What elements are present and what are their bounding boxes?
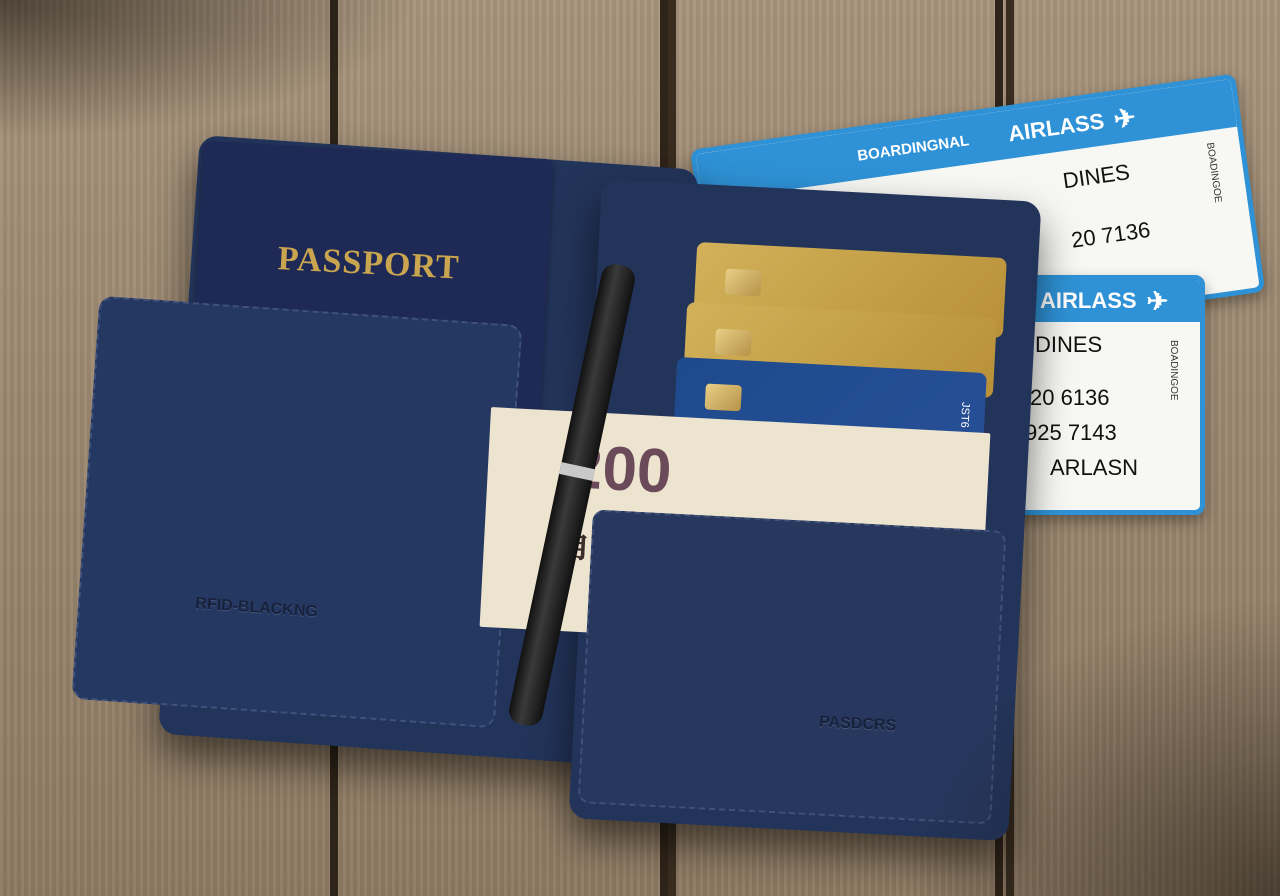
- line-3: ARLASN: [1050, 455, 1138, 481]
- card-text: JST6: [958, 402, 971, 428]
- shadow: [0, 0, 420, 140]
- chip-icon: [705, 383, 742, 411]
- airline-name: AIRLASS: [1040, 288, 1137, 314]
- chip-icon: [725, 268, 762, 296]
- flight-number: 20 7136: [1070, 217, 1152, 254]
- line-1: 20 6136: [1030, 385, 1110, 411]
- plane-icon: ✈: [1112, 101, 1138, 135]
- passport-title: PASSPORT: [277, 240, 461, 287]
- chip-icon: [715, 328, 752, 356]
- shadow: [900, 596, 1280, 896]
- line-2: 925 7143: [1025, 420, 1117, 446]
- brand-emboss: PASDCRS: [819, 714, 897, 736]
- rfid-emboss: RFID-BLACKNG: [195, 595, 319, 622]
- side-text: BOADINGOE: [1204, 142, 1223, 204]
- passenger-name: DINES: [1035, 332, 1102, 358]
- left-pocket: RFID-BLACKNG: [71, 296, 522, 729]
- side-text: BOADINGOE: [1168, 340, 1179, 401]
- pen-band: [559, 462, 595, 481]
- plane-icon: ✈: [1147, 286, 1169, 317]
- passenger-name: DINES: [1061, 159, 1131, 194]
- passport-wallet: PASSPORT RFID-BLACKNG JST6 200 角万 PASDCR…: [85, 130, 1035, 830]
